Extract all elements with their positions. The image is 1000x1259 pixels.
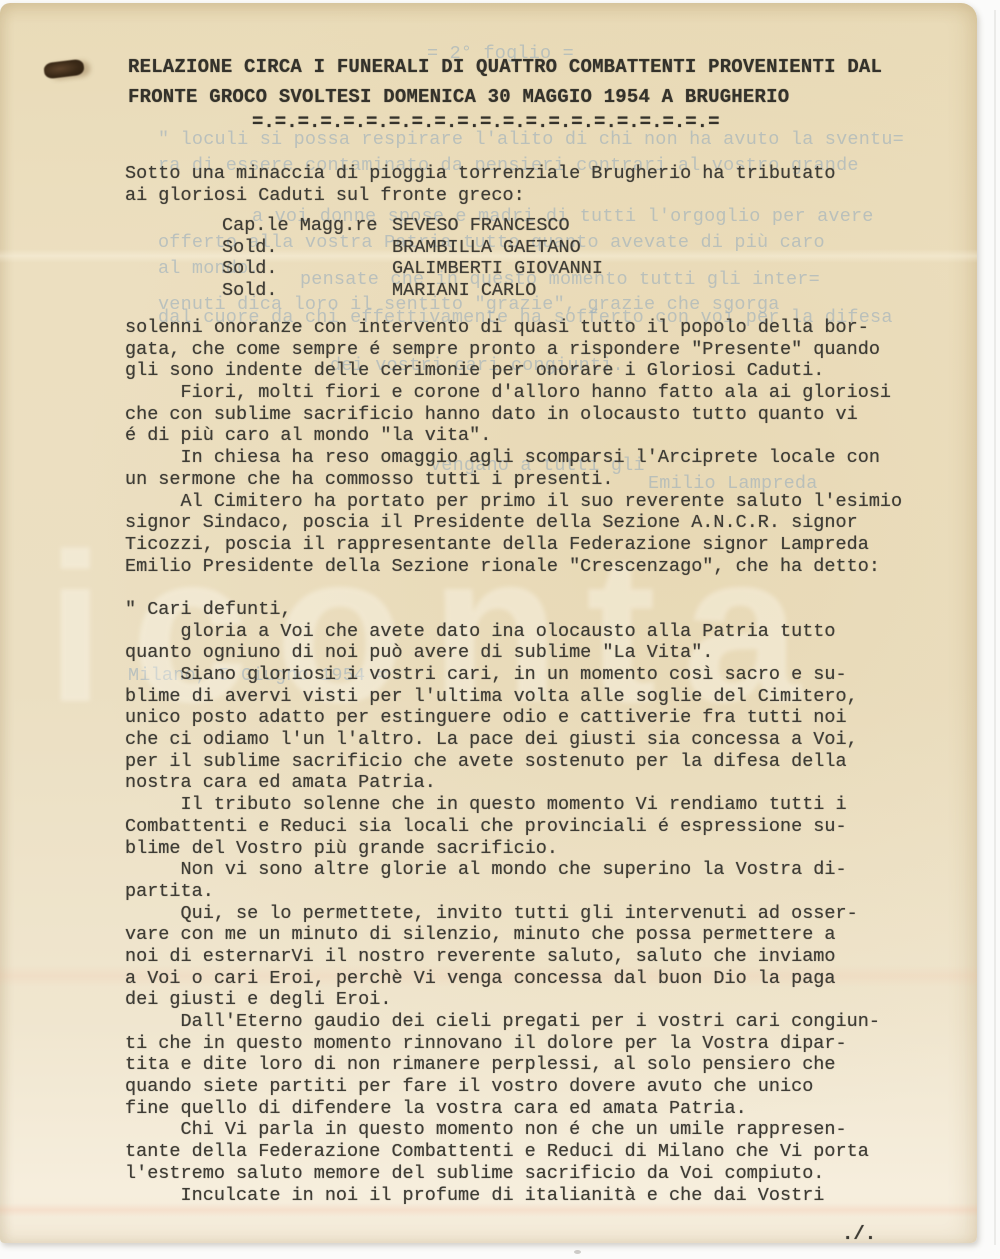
typed-line: tita e dite loro di non rimanere perples… xyxy=(125,1054,902,1076)
typed-line: Al Cimitero ha portato per primo il suo … xyxy=(125,491,902,513)
typed-line: gli sono indente delle cerimonie per ono… xyxy=(125,360,902,382)
typed-line: Inculcate in noi il profume di italianit… xyxy=(125,1185,902,1207)
stain-mark xyxy=(43,59,85,80)
typed-line: noi di esternarVi il nostro reverente sa… xyxy=(125,946,902,968)
typed-line: fine quello di difendere la vostra cara … xyxy=(125,1098,902,1120)
typed-line: signor Sindaco, poscia il Presidente del… xyxy=(125,512,902,534)
typed-line: Qui, se lo permettete, invito tutti gli … xyxy=(125,903,902,925)
typed-line: Fiori, molti fiori e corone d'alloro han… xyxy=(125,382,902,404)
typed-line: unico posto adatto per estinguere odio e… xyxy=(125,707,902,729)
casualty-name: BRAMBILLA GAETANO xyxy=(392,237,581,258)
typed-line: per il sublime sacrificio che avete sost… xyxy=(125,751,902,773)
typed-line: Ticozzi, poscia il rappresentante della … xyxy=(125,534,902,556)
title-line-2: FRONTE GROCO SVOLTESI DOMENICA 30 MAGGIO… xyxy=(128,82,882,112)
casualty-name: SEVESO FRANCESCO xyxy=(392,215,570,236)
casualty-row: Cap.le Magg.reSEVESO FRANCESCO xyxy=(222,215,603,237)
paper-sheet: = 2° foglio =" loculi si possa respirare… xyxy=(0,3,977,1243)
casualty-rank: Sold. xyxy=(222,280,392,302)
typed-line: l'estremo saluto memore del sublime sacr… xyxy=(125,1163,902,1185)
title-line-1: RELAZIONE CIRCA I FUNERALI DI QUATTRO CO… xyxy=(128,52,882,82)
typed-line: Chi Vi parla in questo momento non é che… xyxy=(125,1119,902,1141)
typed-line: ti che in questo momento rinnovano il do… xyxy=(125,1033,902,1055)
intro-paragraph: Sotto una minaccia di pioggia torrenzial… xyxy=(125,163,836,206)
typed-line: dei giusti e degli Eroi. xyxy=(125,989,902,1011)
typed-line: Dall'Eterno gaudio dei cieli pregati per… xyxy=(125,1011,902,1033)
title-underline: =.=.=.=.=.=.=.=.=.=.=.=.=.=.=.=.=.=.=.=.… xyxy=(252,111,719,133)
continuation-mark: ./. xyxy=(842,1223,876,1245)
typed-line: un sermone che ha commosso tutti i prese… xyxy=(125,469,902,491)
typed-line: " Cari defunti, xyxy=(125,599,902,621)
typed-line: Emilio Presidente della Sezione rionale … xyxy=(125,556,902,578)
document-title: RELAZIONE CIRCA I FUNERALI DI QUATTRO CO… xyxy=(128,52,882,112)
casualty-row: Sold.MARIANI CARLO xyxy=(222,280,603,302)
typed-line: che con sublime sacrificio hanno dato in… xyxy=(125,404,902,426)
scan-edge xyxy=(994,10,996,1245)
typed-line: solenni onoranze con intervento di quasi… xyxy=(125,317,902,339)
typed-line: Il tributo solenne che in questo momento… xyxy=(125,794,902,816)
typed-line: Sotto una minaccia di pioggia torrenzial… xyxy=(125,163,836,185)
typed-line: che ci odiamo l'un l'altro. La pace dei … xyxy=(125,729,902,751)
typed-line: ai gloriosi Caduti sul fronte greco: xyxy=(125,185,836,207)
eulogy-body: solenni onoranze con intervento di quasi… xyxy=(125,317,902,1206)
scanned-document: = 2° foglio =" loculi si possa respirare… xyxy=(0,0,1000,1259)
typed-line: Non vi sono altre glorie al mondo che su… xyxy=(125,859,902,881)
typed-line: tante della Federazione Combattenti e Re… xyxy=(125,1141,902,1163)
typed-line: Siano gloriosi i vostri cari, in un mome… xyxy=(125,664,902,686)
casualties-list: Cap.le Magg.reSEVESO FRANCESCOSold.BRAMB… xyxy=(222,215,603,302)
casualty-rank: Sold. xyxy=(222,258,392,280)
typed-line: partita. xyxy=(125,881,902,903)
typed-line xyxy=(125,577,902,599)
typed-line: In chiesa ha reso omaggio agli scomparsi… xyxy=(125,447,902,469)
typed-line: é di più caro al mondo "la vita". xyxy=(125,425,902,447)
typed-line: quando siete partiti per fare il vostro … xyxy=(125,1076,902,1098)
typed-line: nostra cara ed amata Patria. xyxy=(125,772,902,794)
typed-line: Combattenti e Reduci sia locali che prov… xyxy=(125,816,902,838)
casualty-rank: Cap.le Magg.re xyxy=(222,215,392,237)
casualty-row: Sold.BRAMBILLA GAETANO xyxy=(222,237,603,259)
typed-line: quanto ogniuno di noi può avere di subli… xyxy=(125,642,902,664)
typed-line: vare con me un minuto di silenzio, minut… xyxy=(125,924,902,946)
typed-line: blime del Vostro più grande sacrificio. xyxy=(125,838,902,860)
casualty-row: Sold.GALIMBERTI GIOVANNI xyxy=(222,258,603,280)
typed-line: gloria a Voi che avete dato ina olocaust… xyxy=(125,621,902,643)
scan-speck xyxy=(574,1250,581,1254)
typed-line: blime di avervi visti per l'ultima volta… xyxy=(125,686,902,708)
casualty-rank: Sold. xyxy=(222,237,392,259)
typed-line: a Voi o cari Eroi, perchè Vi venga conce… xyxy=(125,968,902,990)
typed-line: gata, che come sempre é sempre pronto a … xyxy=(125,339,902,361)
casualty-name: MARIANI CARLO xyxy=(392,280,536,301)
casualty-name: GALIMBERTI GIOVANNI xyxy=(392,258,603,279)
